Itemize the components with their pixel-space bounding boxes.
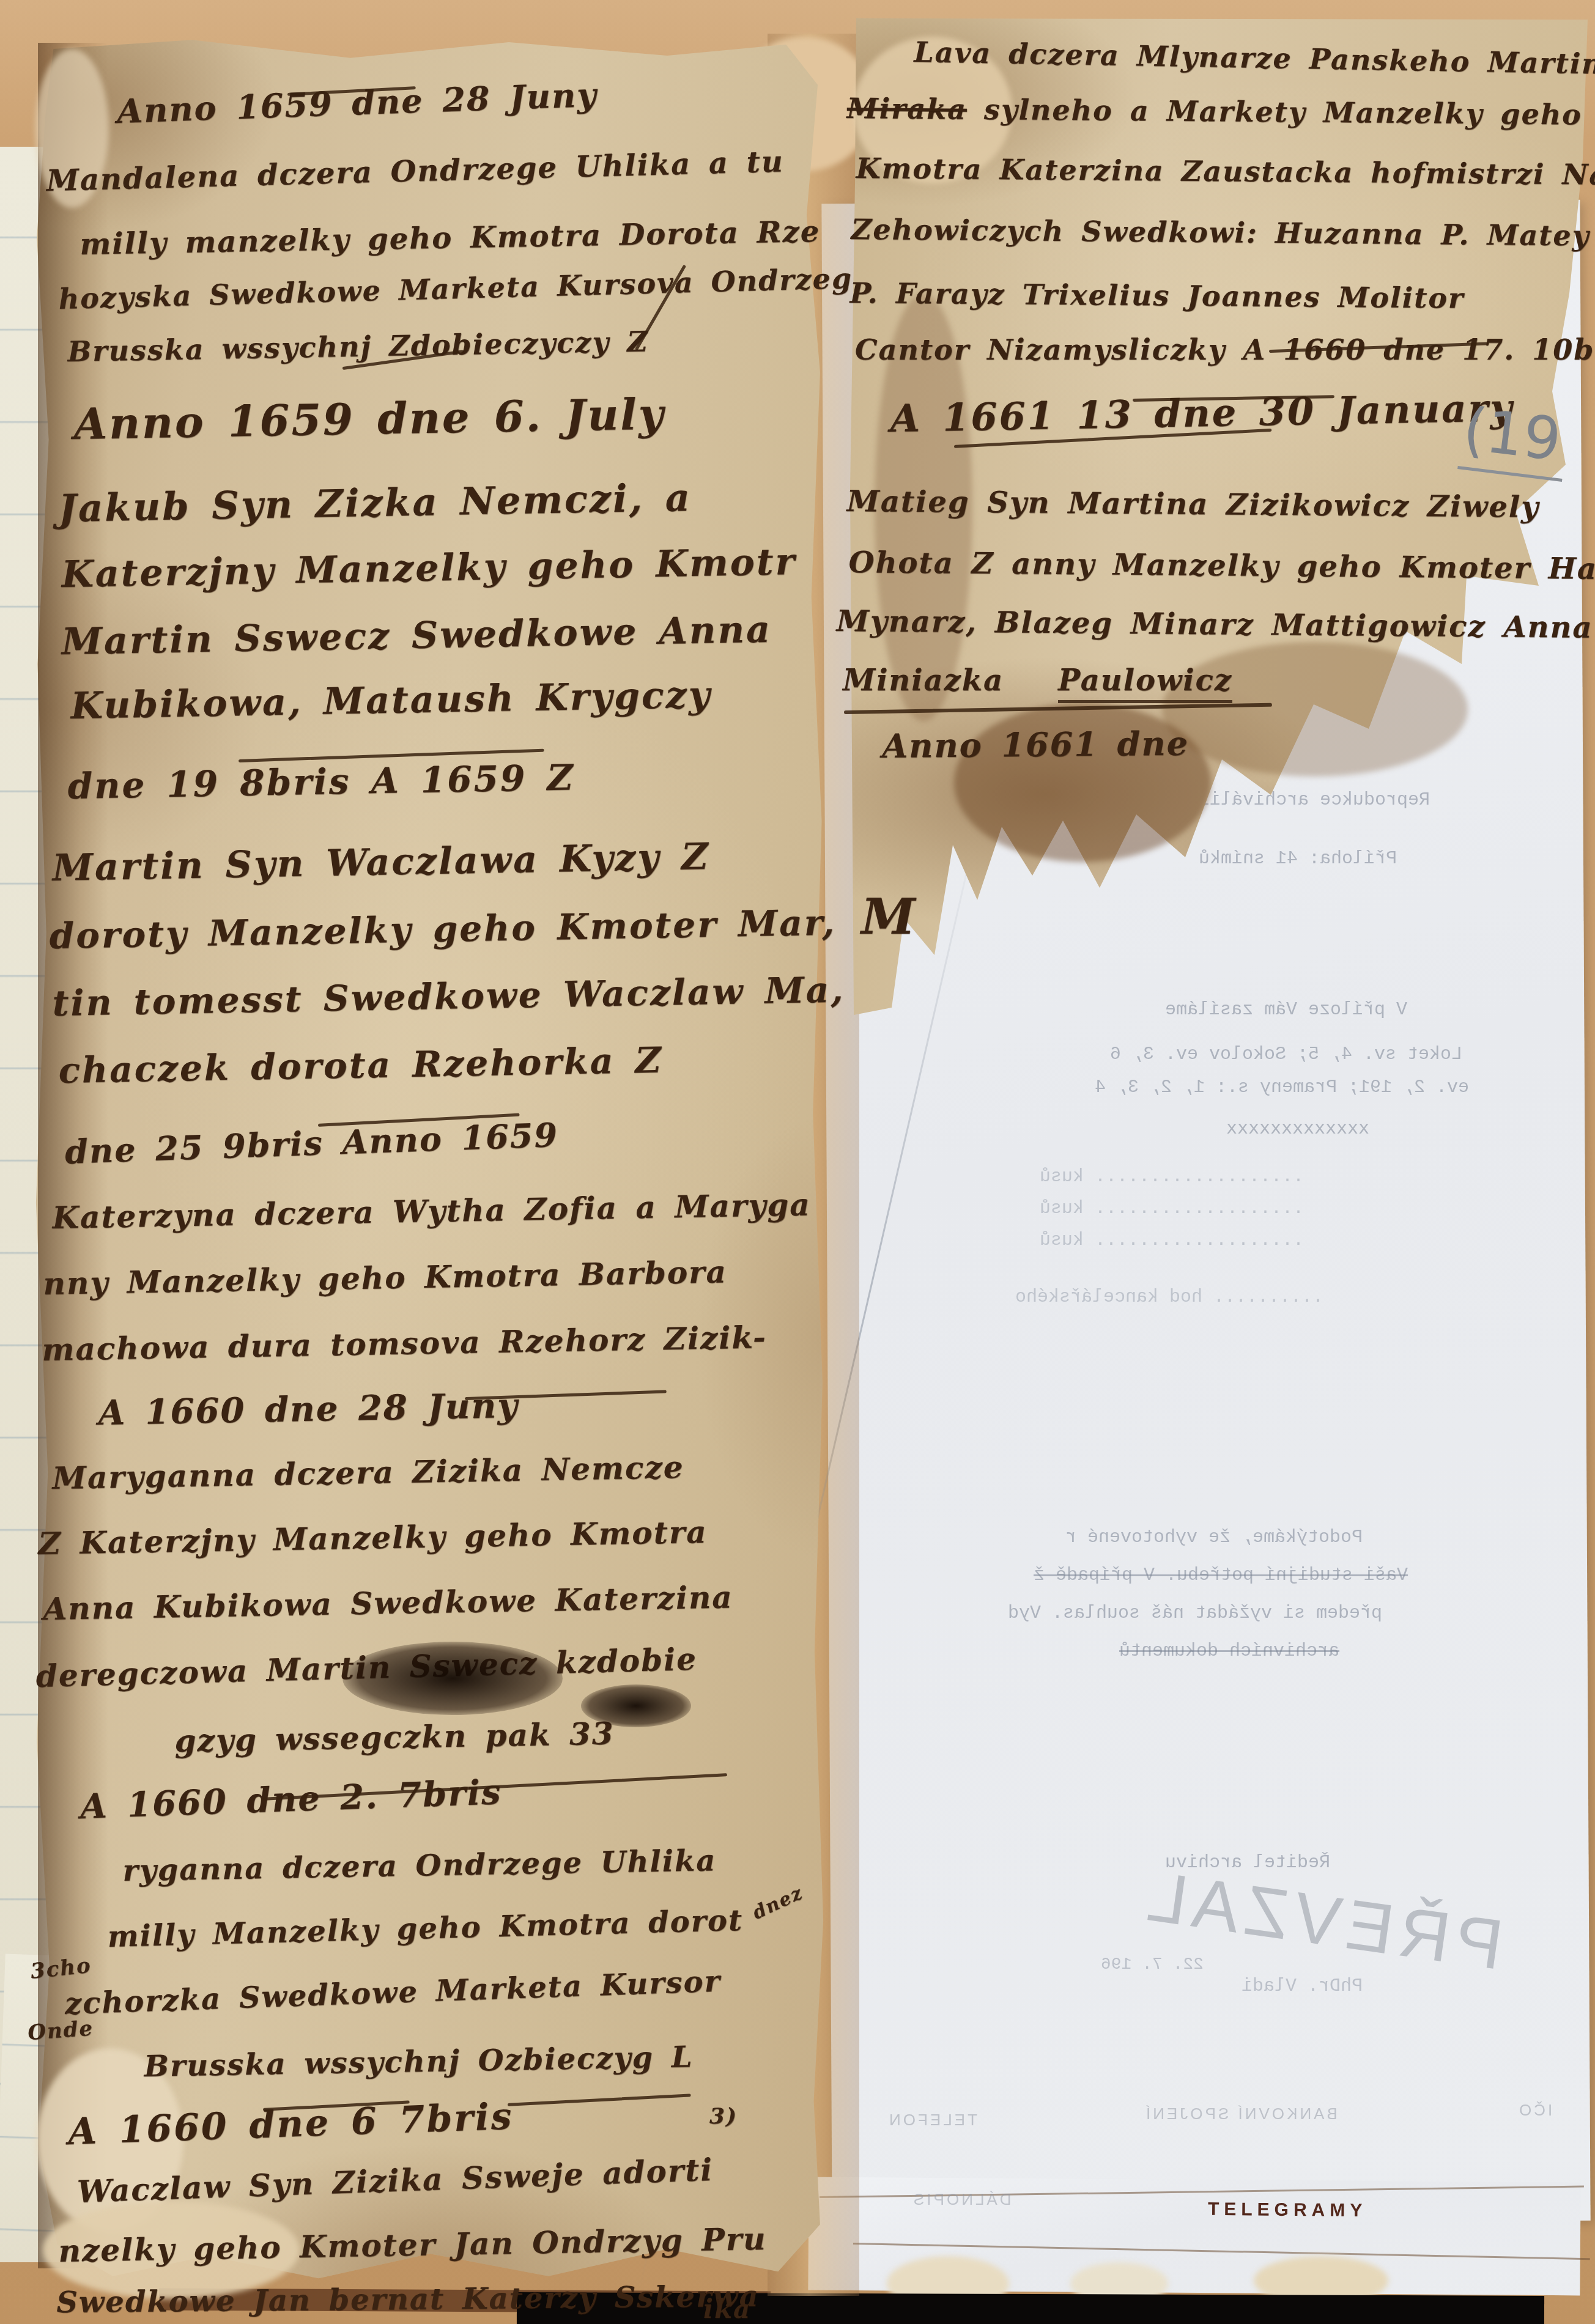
typed-line-date: 22. 7. 196 xyxy=(1101,1955,1204,1974)
ink-blot xyxy=(342,1642,563,1715)
entry-line: Cantor Nizamysliczky A 1660 dne 17. 10b xyxy=(855,333,1594,366)
right-page-stain xyxy=(1162,642,1468,777)
entry-line: Kmotra Katerzina Zaustacka hofmistrzi Na xyxy=(856,152,1595,191)
entry-line-fragment: ika xyxy=(703,2294,751,2324)
typed-line-note-2: Vaši studijní potřebu. V případě ž xyxy=(1034,1565,1408,1586)
entry-line-fragment: M xyxy=(861,888,917,945)
pencil-page-number: (19 xyxy=(1457,394,1571,482)
underlined-word: Paulowicz xyxy=(1058,663,1232,703)
typed-line-note-4: archivních dokumentů xyxy=(1119,1641,1339,1662)
telegramy-label: TELEGRAMY xyxy=(1208,2199,1367,2221)
entry-heading: Anno 1659 dne 6. July xyxy=(73,388,665,449)
entry-line: Swedkowe Jan bernat Katerzy Sskerwa xyxy=(56,2279,760,2320)
entry-heading: dne 19 8bris A 1659 Z xyxy=(67,757,575,807)
typed-line-name: PhDr. Vladi xyxy=(1242,1976,1363,1997)
entry-line: Miraka sylneho a Markety Manzelky geho xyxy=(847,92,1583,131)
telefon-label: TELEFON xyxy=(887,2111,977,2130)
typed-line-body-1: V příloze Vám zasíláme xyxy=(1165,1000,1407,1020)
entry-line: Miniazka Paulowicz xyxy=(843,663,1232,698)
ico-label: IČO xyxy=(1517,2101,1552,2120)
typed-line-body-2: Loket sv. 4, 5; Sokolov ev. 3, 6 xyxy=(1110,1044,1462,1065)
entry-heading: Anno 1661 dne xyxy=(882,724,1189,765)
entry-line: Matieg Syn Martina Zizikowicz Ziwely xyxy=(847,484,1540,525)
entry-line: Mynarz, Blazeg Minarz Mattigowicz Anna xyxy=(837,604,1593,645)
bank-label: BANKOVNÍ SPOJENÍ xyxy=(1144,2105,1338,2123)
typed-line-xxx: xxxxxxxxxxxxx xyxy=(1226,1119,1369,1140)
entry-line: Ohota Z anny Manzelky geho Kmoter Hawel xyxy=(849,545,1595,587)
margin-note: 3) xyxy=(709,2103,738,2129)
typed-line-kusu-1: ................... kusů xyxy=(1040,1167,1304,1187)
typed-line-subject: Reprodukce archiválií xyxy=(1199,790,1430,811)
entry-line: Zehowiczych Swedkowi: Huzanna P. Matey xyxy=(851,213,1590,253)
ink-blot xyxy=(581,1684,691,1727)
scanned-register-page: Reprodukce archiválií Příloha: 41 snímků… xyxy=(0,0,1595,2324)
entry-heading: A 1660 dne 28 Juny xyxy=(98,1385,519,1433)
margin-note: Onde xyxy=(27,2016,94,2045)
typed-line-hod: .......... hod kancelářského xyxy=(1015,1287,1323,1308)
typed-line-note-1: Podotýkáme, že vyhotovené r xyxy=(1065,1527,1363,1548)
typed-line-body-3: ev. 2, 191; Prameny s.: 1, 2, 3, 4 xyxy=(1095,1077,1469,1098)
dalnopis-label: DÁLNOPIS xyxy=(911,2190,1012,2209)
entry-line: gzyg wssegczkn pak 33 xyxy=(174,1715,615,1759)
pencil-number: 19 xyxy=(1482,397,1565,474)
entry-line: P. Farayz Trixelius Joannes Molitor xyxy=(850,276,1465,315)
entry-word: Miniazka xyxy=(843,663,1004,698)
typed-line-enclosure: Příloha: 41 snímků xyxy=(1199,849,1397,869)
typed-line-note-3: předem si vyžádat náš souhlas. Vyd xyxy=(1008,1603,1382,1624)
typed-line-kusu-2: ................... kusů xyxy=(1040,1198,1304,1219)
entry-line-rest: sylneho a Markety Manzelky geho xyxy=(984,93,1583,131)
typed-line-kusu-3: ................... kusů xyxy=(1040,1230,1304,1251)
struck-word: Miraka xyxy=(847,92,968,126)
